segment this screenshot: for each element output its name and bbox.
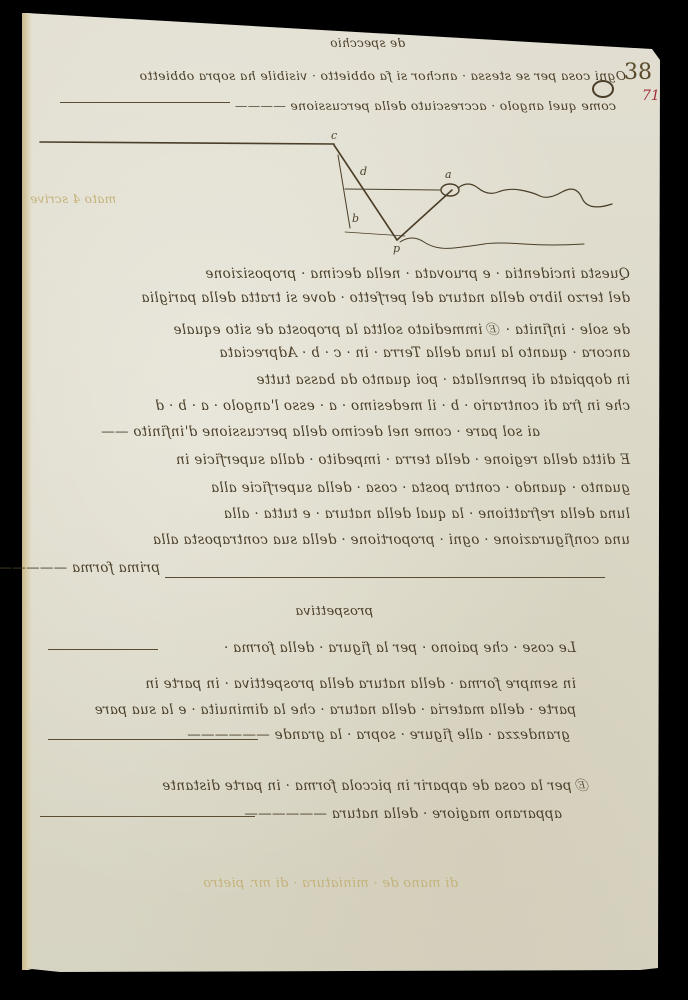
text-line: prima forma ————————————: [40, 560, 160, 576]
rule-line: [165, 577, 605, 578]
text-line: una configurazione · ogni · proportione …: [40, 532, 630, 548]
bottom-note: di mano de · miniatura · di mr. pietro: [158, 876, 458, 891]
diagram-label-d: d: [360, 165, 367, 178]
text-line: ai sol pare · come nel decimo della perc…: [40, 424, 540, 440]
text-line: de sole · infinita · Ⓔ immediato soltta …: [40, 318, 630, 338]
diagram-label-p: p: [393, 242, 400, 255]
text-line: in sempre forma · della natura della pro…: [46, 676, 576, 692]
text-line: che in fra di contrario · b · il medesim…: [40, 398, 630, 414]
text-line: del terzo libro della natura del perfett…: [40, 290, 630, 306]
text-line: grandezza · alle figure · sopra · la gra…: [270, 727, 570, 743]
diagram-label-b: b: [352, 212, 359, 225]
rule-line: [40, 816, 255, 817]
text-line: E ditta della regione · della terra · im…: [40, 452, 630, 468]
diagram-label-a: a: [445, 168, 452, 181]
text-line: ancora · quanto la luna della Terra · in…: [40, 345, 630, 361]
text-line: guanto · quando · contra posta · cosa · …: [40, 480, 630, 496]
text-line: Le cose · che paiono · per la figura · d…: [46, 640, 576, 656]
diagram-label-c: c: [331, 129, 337, 142]
strike-through: [48, 649, 158, 650]
text-line: Ⓔ per la cosa de apparir in piccola form…: [30, 774, 590, 794]
rule-line: [48, 739, 258, 740]
text-line: luna della refrattione · la qual della n…: [40, 506, 630, 522]
reflection-diagram: [0, 0, 688, 1000]
manuscript-page: 38 71 de specchio Ogni cosa per se stess…: [0, 0, 688, 1000]
text-line: in doppiata di pennellata · poi quanto d…: [40, 372, 630, 388]
text-line: Questa incidentia · e pruovata · nella d…: [70, 266, 630, 282]
section-heading: prospettiva: [295, 604, 373, 619]
text-line: apparano magiore · della natura ——————: [262, 806, 562, 822]
text-line: parte · della materia · della natura · c…: [46, 702, 576, 718]
